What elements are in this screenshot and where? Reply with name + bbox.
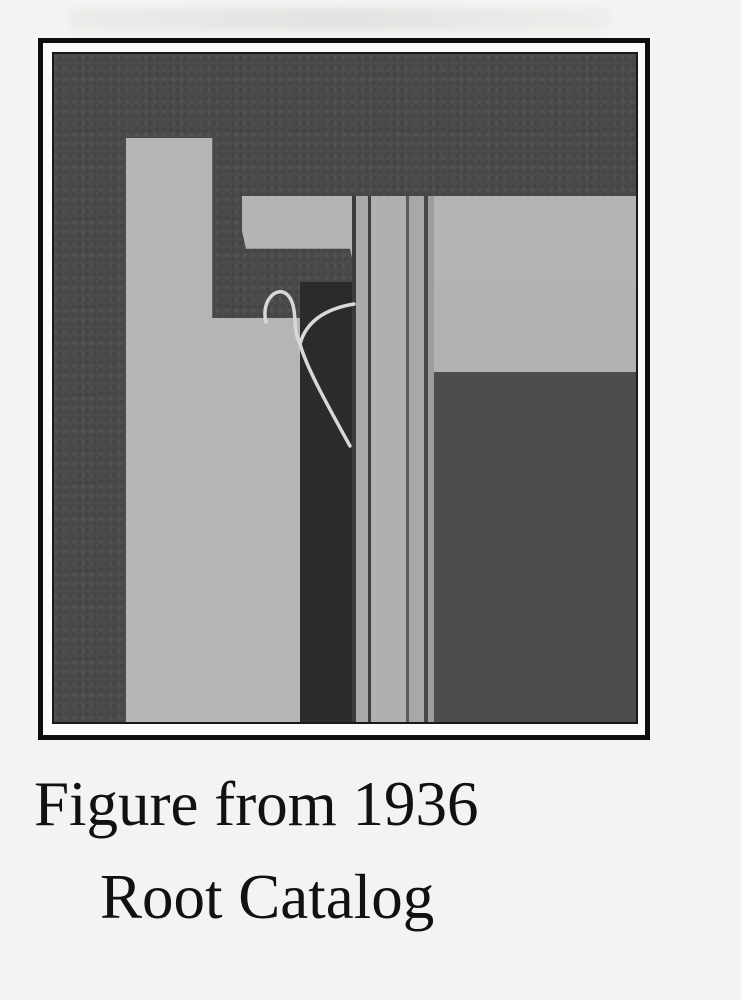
wire-hook (54, 54, 638, 724)
scan-artifact (70, 8, 610, 30)
figure-photo (52, 52, 638, 724)
caption-line-2: Root Catalog (100, 858, 434, 936)
caption-line-1: Figure from 1936 (34, 765, 478, 843)
